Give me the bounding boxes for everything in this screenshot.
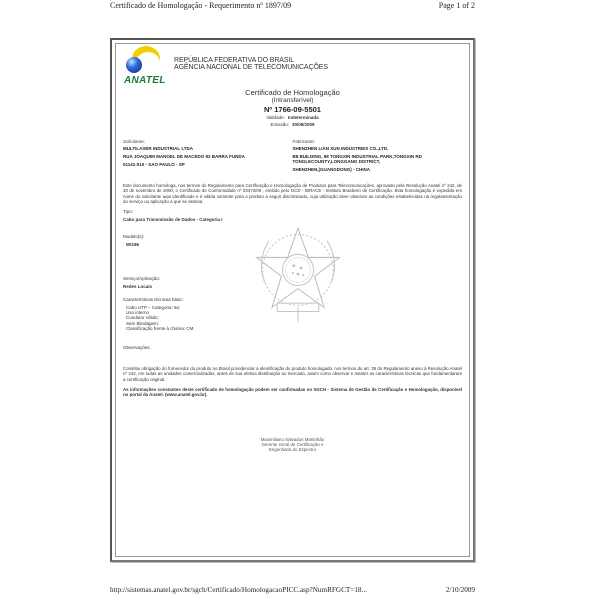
parties: Solicitante: MULTILASER INDUSTRIAL LTDA … (123, 139, 462, 175)
print-footer-url: http://sistemas.anatel.gov.br/sgch/Certi… (110, 586, 367, 594)
confirmation-notice: As informações constantes deste certific… (123, 387, 462, 398)
logo-globe-icon (126, 57, 142, 73)
certificate-frame: ANATEL REPÚBLICA FEDERATIVA DO BRASIL AG… (110, 38, 475, 562)
models-value: WI186 (123, 242, 144, 247)
certificate-number: Nº 1766-09-5501 (116, 105, 469, 114)
models-section: Modelo(s): WI186 (123, 234, 144, 247)
print-header-page: Page 1 of 2 (439, 1, 475, 10)
type-section: Tipo: Cabo para Transmissão de Dados - C… (123, 209, 223, 222)
logo-text: ANATEL (124, 75, 166, 86)
certificate-inner-border: ANATEL REPÚBLICA FEDERATIVA DO BRASIL AG… (115, 43, 470, 557)
print-header-title: Certificado de Homologação - Requeriment… (110, 1, 291, 10)
certificate-title-block: Certificado de Homologação (Intransferív… (116, 88, 469, 128)
print-footer-date: 2/10/2009 (446, 586, 475, 594)
print-footer: http://sistemas.anatel.gov.br/sgch/Certi… (110, 586, 475, 594)
tech-section: Características técnicas básic: Cabo UTP… (123, 297, 195, 331)
agency-name: REPÚBLICA FEDERATIVA DO BRASIL AGÊNCIA N… (174, 57, 328, 71)
type-value: Cabo para Transmissão de Dados - Categor… (123, 217, 223, 222)
observations-section: Observações: (123, 345, 151, 353)
certificate-subtitle: (Intransferível) (116, 97, 469, 105)
coat-of-arms-icon (246, 220, 350, 324)
notice-text: Constitui obrigação do fornecedor do pro… (123, 366, 462, 382)
signature-block: Maximiliano Salvadori Martinhão Gerente … (116, 437, 469, 452)
applicant: Solicitante: MULTILASER INDUSTRIAL LTDA … (123, 139, 293, 175)
anatel-logo: ANATEL (124, 46, 164, 86)
service-section: Serviço/Aplicação: Redes Locais (123, 276, 160, 289)
service-value: Redes Locais (123, 284, 160, 289)
certificate-body-text: Este documento homologa, nos termos do R… (123, 183, 462, 205)
issue-date: Emissão:30/09/2009 (116, 121, 469, 128)
certificate-title: Certificado de Homologação (116, 88, 469, 97)
manufacturer: Fabricante: SHENZHEN LIAN XUN INDUSTRIES… (293, 139, 463, 175)
print-header: Certificado de Homologação - Requeriment… (110, 1, 475, 10)
validity: Validade:Indeterminada (116, 114, 469, 121)
